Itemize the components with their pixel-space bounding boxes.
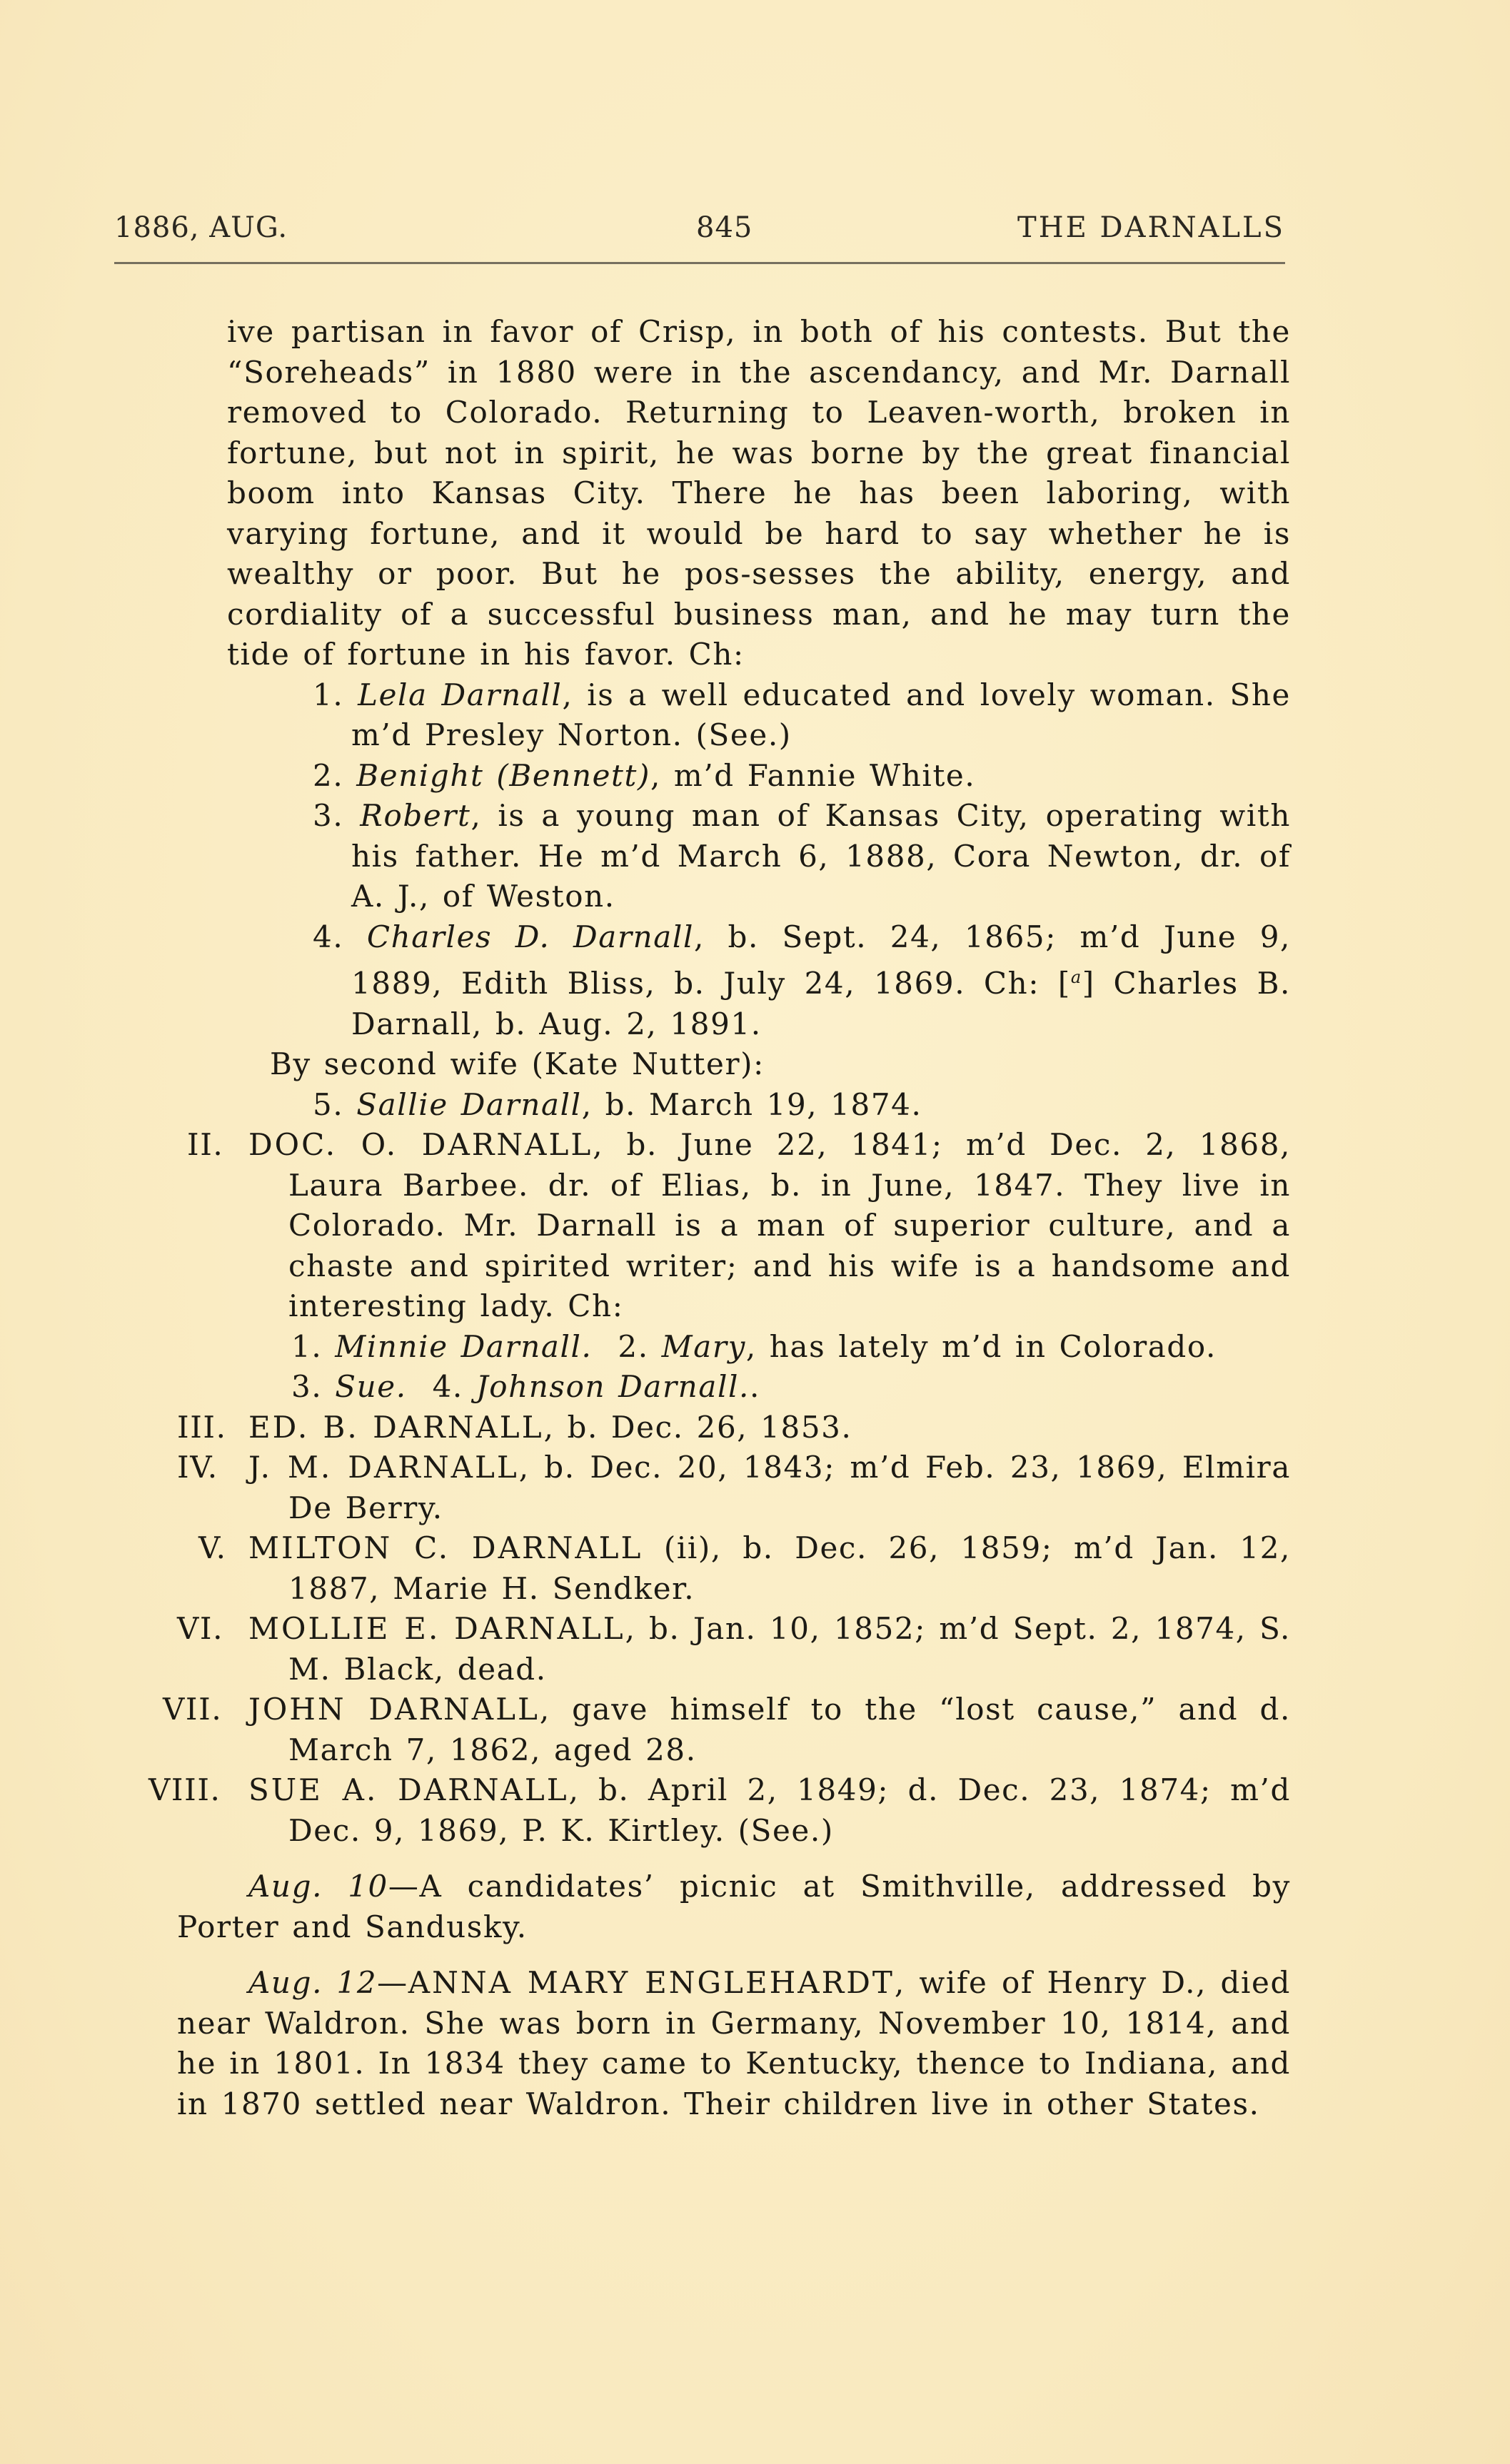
child-name: Robert xyxy=(360,798,470,833)
entry-date: Aug. 10 xyxy=(248,1869,388,1904)
child-entry-3: 3. Robert, is a young man of Kansas City… xyxy=(270,796,1291,917)
grandchild-details: . xyxy=(750,1369,760,1404)
child-details: , b. March 19, 1874. xyxy=(582,1087,922,1122)
sibling-entry-iii: III. ED. B. DARNALL, b. Dec. 26, 1853. xyxy=(248,1408,1291,1448)
grandchild-number: 4. xyxy=(433,1369,463,1404)
sibling-entry-v: V. MILTON C. DARNALL (ii), b. Dec. 26, 1… xyxy=(248,1528,1291,1609)
child-entry-1: 1. Lela Darnall, is a well educated and … xyxy=(270,675,1291,756)
roman-numeral: V. xyxy=(198,1528,227,1569)
running-head: 1886, AUG. 845 THE DARNALLS xyxy=(114,211,1285,254)
sibling-entry-iv: IV. J. M. DARNALL, b. Dec. 20, 1843; m’d… xyxy=(248,1448,1291,1528)
page-number: 845 xyxy=(696,211,753,244)
dated-entry-aug-10: Aug. 10—A candidates’ picnic at Smithvil… xyxy=(177,1867,1291,1947)
entry-dash: — xyxy=(377,1965,408,2000)
opening-paragraph: ive partisan in favor of Crisp, in both … xyxy=(227,312,1291,675)
sibling-entry-ii: II. DOC. O. DARNALL, b. June 22, 1841; m… xyxy=(248,1125,1291,1327)
dated-entry-aug-12: Aug. 12—ANNA MARY ENGLEHARDT, wife of He… xyxy=(177,1963,1291,2124)
sibling-entry-viii: VIII. SUE A. DARNALL, b. April 2, 1849; … xyxy=(248,1770,1291,1851)
sibling-name: J. M. DARNALL xyxy=(248,1450,519,1485)
child-number: 3. xyxy=(313,798,343,833)
roman-numeral: III. xyxy=(177,1408,227,1448)
footnote-mark: a xyxy=(1071,967,1082,987)
child-name: Benight (Bennett) xyxy=(356,758,650,793)
child-details: , is a young man of Kansas City, operati… xyxy=(351,798,1291,914)
sibling-entry-vii: VII. JOHN DARNALL, gave himself to the “… xyxy=(248,1690,1291,1770)
grandchildren-line-1: 1. Minnie Darnall. 2. Mary, has lately m… xyxy=(248,1327,1291,1368)
grandchild-name: Mary xyxy=(662,1329,746,1364)
body-text: ive partisan in favor of Crisp, in both … xyxy=(227,312,1291,2124)
grandchild-name: Sue. xyxy=(335,1369,406,1404)
child-number: 2. xyxy=(313,758,343,793)
sibling-list: II. DOC. O. DARNALL, b. June 22, 1841; m… xyxy=(227,1125,1291,1851)
sibling-details: , b. Dec. 26, 1853. xyxy=(544,1410,852,1445)
running-head-date: 1886, AUG. xyxy=(114,211,288,244)
grandchild-name: Minnie Darnall. xyxy=(335,1329,592,1364)
roman-numeral: II. xyxy=(187,1125,223,1166)
roman-numeral: VIII. xyxy=(149,1770,221,1811)
grandchild-number: 2. xyxy=(618,1329,648,1364)
book-page: 1886, AUG. 845 THE DARNALLS ive partisan… xyxy=(0,0,1510,2464)
running-head-title: THE DARNALLS xyxy=(1017,211,1285,244)
children-first-wife: 1. Lela Darnall, is a well educated and … xyxy=(227,675,1291,1126)
sibling-name: JOHN DARNALL xyxy=(248,1692,540,1727)
grandchildren-line-2: 3. Sue. 4. Johnson Darnall.. xyxy=(248,1367,1291,1408)
sibling-name: MILTON C. DARNALL xyxy=(248,1530,643,1565)
grandchild-details: , has lately m’d in Colorado. xyxy=(746,1329,1217,1364)
second-wife-label: By second wife (Kate Nutter): xyxy=(270,1044,1291,1085)
child-number: 5. xyxy=(313,1087,343,1122)
child-name: Sallie Darnall xyxy=(356,1087,581,1122)
sibling-name: ED. B. DARNALL xyxy=(248,1410,544,1445)
grandchild-number: 1. xyxy=(291,1329,322,1364)
sibling-name: DOC. O. DARNALL xyxy=(248,1127,593,1162)
child-entry-5: 5. Sallie Darnall, b. March 19, 1874. xyxy=(270,1085,1291,1126)
child-name: Charles D. Darnall xyxy=(367,919,694,954)
child-entry-2: 2. Benight (Bennett), m’d Fannie White. xyxy=(270,756,1291,797)
sibling-name: MOLLIE E. DARNALL xyxy=(248,1611,625,1646)
sibling-name: SUE A. DARNALL xyxy=(248,1772,569,1807)
child-entry-4: 4. Charles D. Darnall, b. Sept. 24, 1865… xyxy=(270,917,1291,1045)
child-number: 4. xyxy=(313,919,343,954)
header-rule xyxy=(114,262,1285,264)
grandchild-name: Johnson Darnall. xyxy=(476,1369,750,1404)
child-name: Lela Darnall xyxy=(358,677,562,712)
child-details: , m’d Fannie White. xyxy=(650,758,975,793)
roman-numeral: VI. xyxy=(177,1609,223,1650)
child-number: 1. xyxy=(313,677,343,712)
roman-numeral: IV. xyxy=(177,1448,218,1488)
entry-date: Aug. 12 xyxy=(248,1965,377,2000)
sibling-entry-vi: VI. MOLLIE E. DARNALL, b. Jan. 10, 1852;… xyxy=(248,1609,1291,1690)
roman-numeral: VII. xyxy=(163,1690,222,1730)
entry-name: ANNA MARY ENGLEHARDT xyxy=(408,1965,895,2000)
grandchild-number: 3. xyxy=(291,1369,322,1404)
entry-dash: — xyxy=(388,1869,420,1904)
